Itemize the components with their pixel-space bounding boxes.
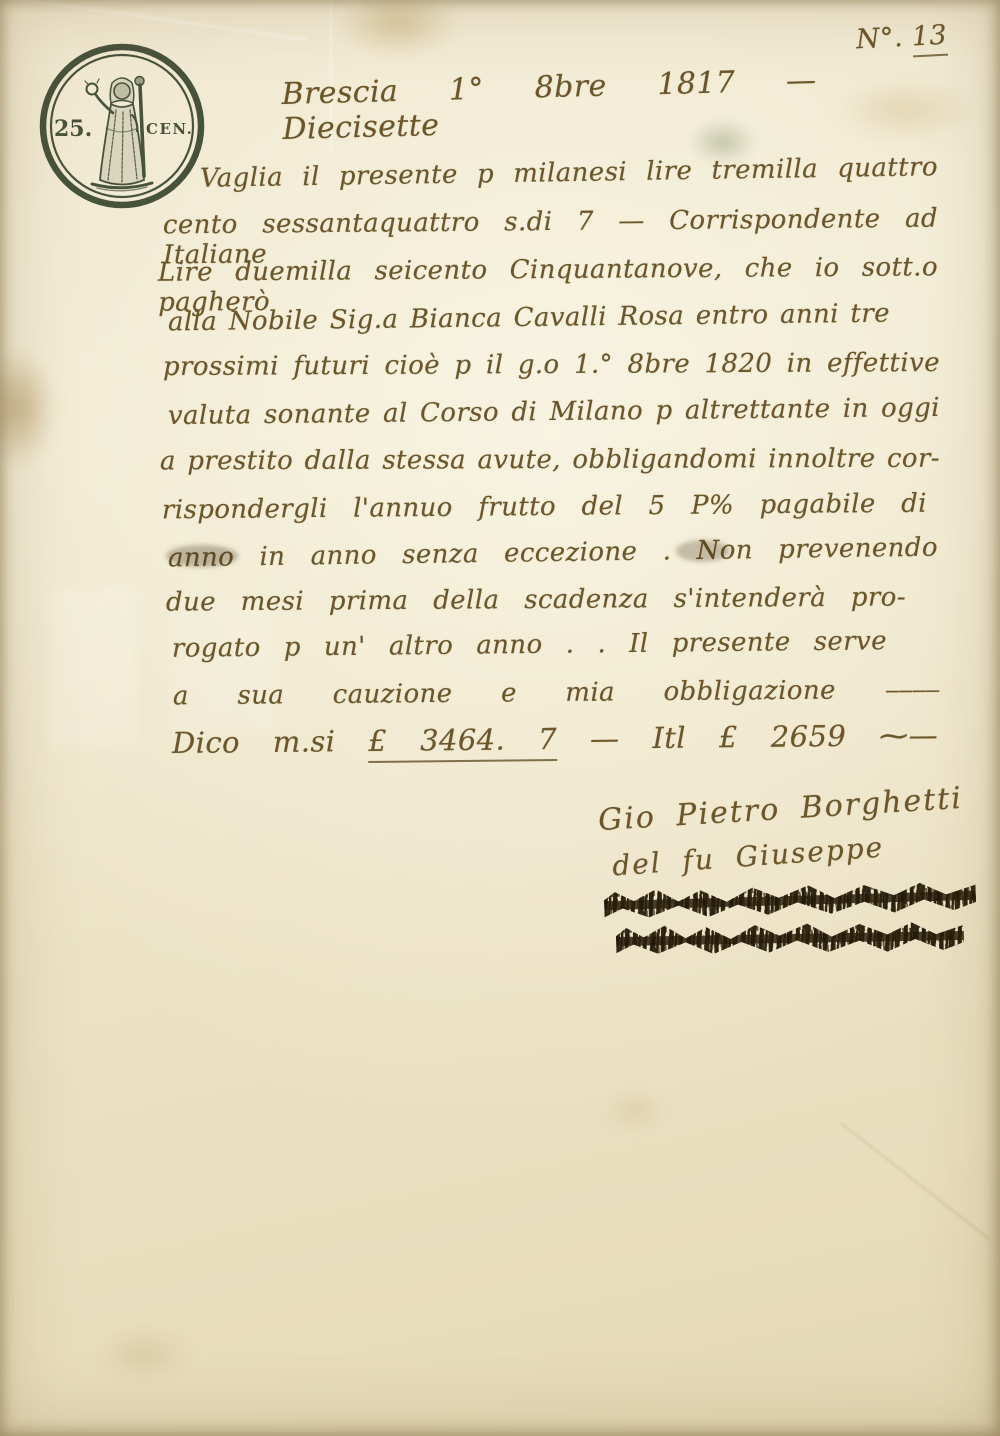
- fold-crease: [840, 1122, 991, 1241]
- fold-crease: [11, 0, 308, 41]
- manuscript-line: due mesi prima della scadenza s'intender…: [166, 582, 906, 627]
- manuscript-line: alla Nobile Sig.a Bianca Cavalli Rosa en…: [168, 299, 890, 348]
- amount-line: Dico m.si £ 3464. 7 — Itl £ 2659 ⁓—: [172, 718, 938, 760]
- dateline: Brescia 1° 8bre 1817 — Diecisette: [281, 63, 818, 147]
- paper-stain: [835, 78, 975, 142]
- folio-value: 13: [911, 20, 948, 58]
- manuscript-line: Vaglia il presente p milanesi lire tremi…: [200, 152, 939, 204]
- amount-italian: £ 2659 ⁓—: [719, 718, 938, 754]
- paper-stain: [96, 1328, 192, 1380]
- signature-name: Gio Pietro Borghetti: [597, 781, 964, 838]
- stamp-unit: CEN.: [146, 120, 193, 138]
- manuscript-line: rispondergli l'annuo frutto del 5 P% pag…: [162, 489, 927, 536]
- revenue-stamp-icon: 25. CEN.: [36, 40, 208, 212]
- stamp-value: 25.: [54, 116, 92, 142]
- amount-label: Dico m.si: [172, 724, 336, 760]
- amount-separator: — Itl: [590, 721, 686, 756]
- manuscript-line: rogato p un' altro anno . . Il presente …: [172, 626, 887, 673]
- manuscript-line: a prestito dalla stessa avute, obbligand…: [160, 444, 940, 487]
- folio-number: N°. 13: [855, 20, 948, 56]
- manuscript-line: a sua cauzione e mia obbligazione ⎯⎯⎯⎯: [173, 675, 938, 722]
- paper-stain: [338, 0, 458, 58]
- folio-prefix: N°.: [855, 22, 903, 55]
- manuscript-line: Lire duemilla seicento Cinquantanove, ch…: [158, 252, 938, 297]
- paper-stain: [604, 1090, 664, 1130]
- manuscript-line: valuta sonante al Corso di Milano p altr…: [168, 393, 940, 441]
- stamp-figure-icon: [85, 77, 152, 191]
- manuscript-line: cento sessantaquattro s.di 7 — Corrispon…: [163, 204, 938, 251]
- signature-patronymic: del fu Giuseppe: [611, 831, 885, 883]
- struck-out-line: [616, 919, 965, 957]
- amount-milanese: £ 3464. 7: [368, 722, 557, 763]
- paper-stain: [0, 348, 56, 468]
- manuscript-page: 25. CEN. N°. 13 Brescia 1° 8bre 1817 — D…: [0, 0, 1000, 1436]
- struck-out-line: [604, 879, 977, 921]
- manuscript-line: anno in anno senza eccezione . Non preve…: [168, 533, 938, 584]
- manuscript-line: prossimi futuri cioè p il g.o 1.° 8bre 1…: [163, 348, 940, 392]
